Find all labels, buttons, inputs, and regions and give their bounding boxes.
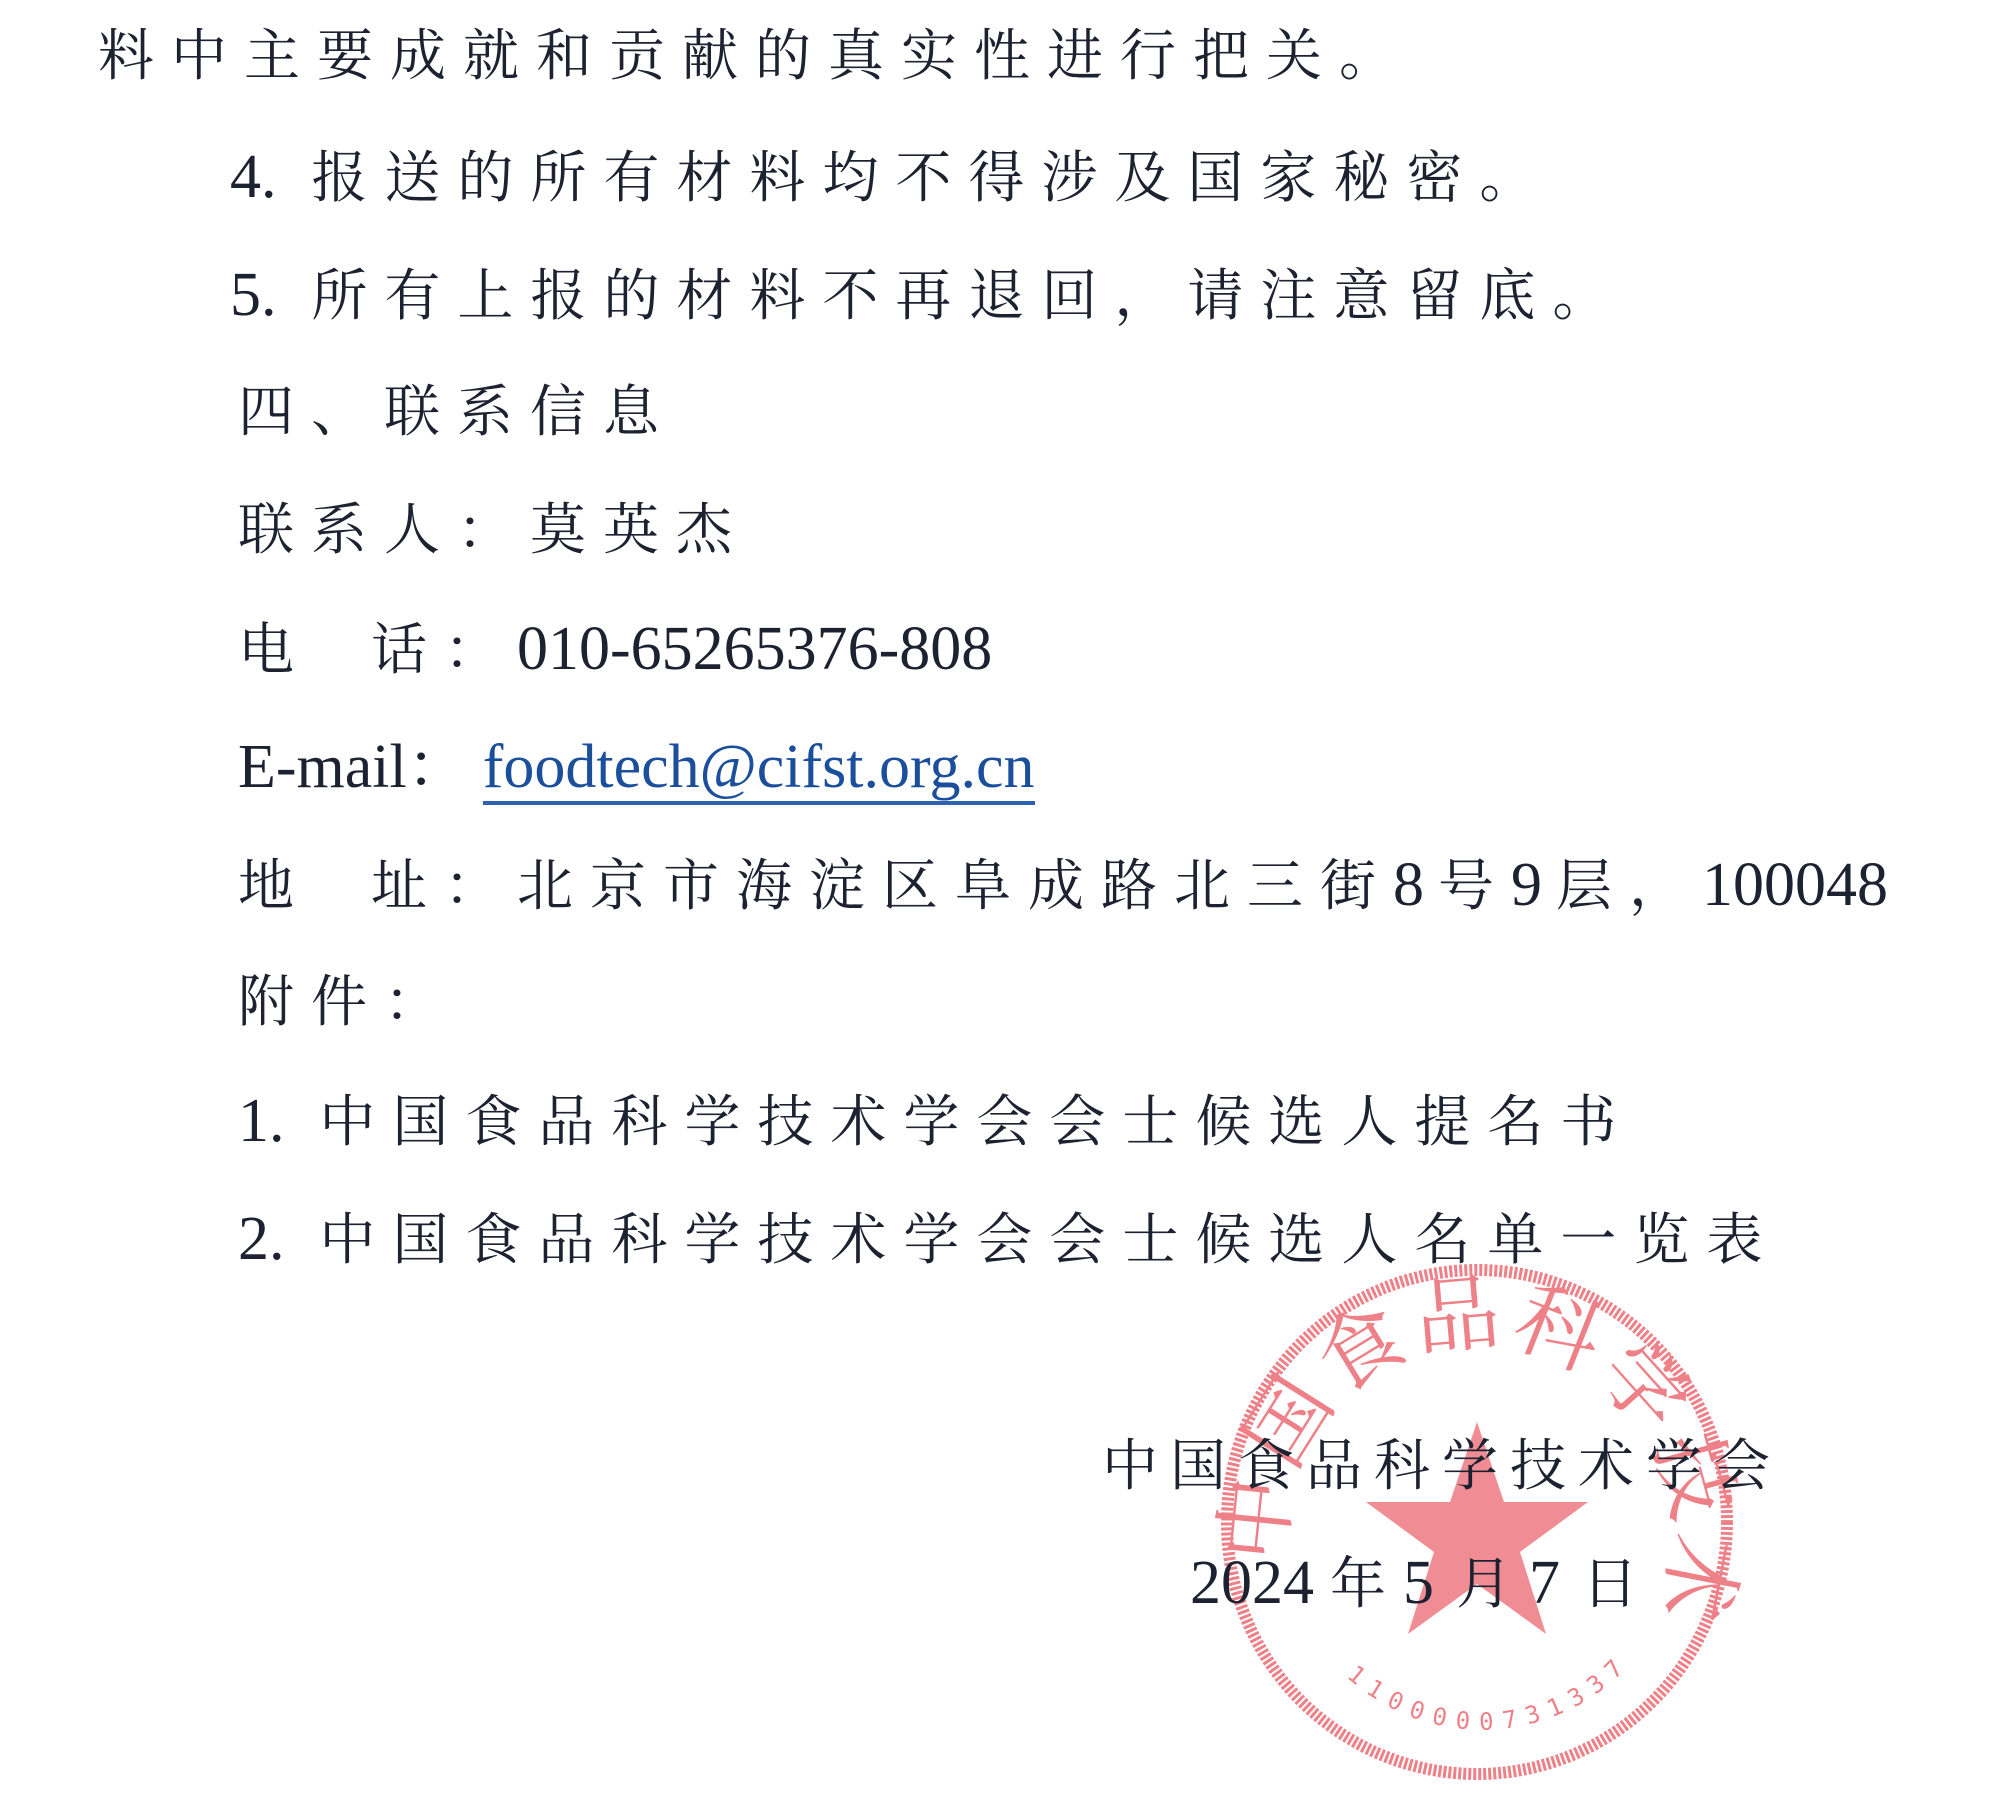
- signature-organization: 中国食品科学技术学会: [1102, 1432, 1782, 1502]
- address-label-char1: 地: [238, 854, 311, 919]
- date-year: 2024: [1190, 1549, 1314, 1617]
- email-link[interactable]: foodtech@cifst.org.cn: [483, 733, 1035, 805]
- date-month: 5: [1403, 1549, 1434, 1617]
- list-item-5: 5. 所有上报的材料不再退回，请注意留底。: [230, 260, 1625, 332]
- continuation-line: 料中主要成就和贡献的真实性进行把关。: [98, 22, 1412, 92]
- stamp-ring: [1227, 1270, 1727, 1774]
- address-mid: 号: [1438, 854, 1511, 919]
- attachment-item-2[interactable]: 2. 中国食品科学技术学会会士候选人名单一览表: [238, 1204, 1779, 1276]
- document-page: 料中主要成就和贡献的真实性进行把关。 4. 报送的所有材料均不得涉及国家秘密。 …: [0, 0, 2013, 1809]
- contact-section-heading: 四、联系信息: [238, 378, 676, 448]
- contact-person-label: 联系人：: [238, 498, 530, 563]
- date-month-char: 月: [1456, 1552, 1529, 1617]
- address-row: 地址：北京市海淀区阜成路北三街8号9层，100048: [238, 850, 1888, 922]
- phone-label-char1: 电: [238, 618, 311, 683]
- date-day: 7: [1529, 1549, 1560, 1617]
- contact-person-value: 莫英杰: [530, 498, 749, 563]
- email-row: E-mail：foodtech@cifst.org.cn: [238, 732, 1035, 804]
- item-number: 5.: [230, 261, 277, 329]
- address-tail: 层，: [1556, 854, 1702, 919]
- attachment-title: 中国食品科学技术学会会士候选人名单一览表: [319, 1208, 1779, 1273]
- signature-date: 2024年5月7日: [1190, 1548, 1655, 1620]
- address-value: 北京市海淀区阜成路北三街: [517, 854, 1393, 919]
- address-number-2: 9: [1511, 851, 1542, 919]
- date-day-char: 日: [1582, 1552, 1655, 1617]
- item-text: 报送的所有材料均不得涉及国家秘密。: [311, 146, 1552, 211]
- contact-person-row: 联系人：莫英杰: [238, 496, 749, 566]
- phone-value: 010-65265376-808: [517, 615, 992, 683]
- address-number-1: 8: [1393, 851, 1424, 919]
- attachment-number: 1.: [238, 1087, 285, 1155]
- date-year-char: 年: [1330, 1552, 1403, 1617]
- item-text: 所有上报的材料不再退回，请注意留底。: [311, 264, 1625, 329]
- phone-label-char2: 话：: [371, 618, 517, 683]
- item-number: 4.: [230, 143, 277, 211]
- email-label: E-mail：: [238, 733, 469, 801]
- address-label-char2: 址：: [371, 854, 517, 919]
- list-item-4: 4. 报送的所有材料均不得涉及国家秘密。: [230, 142, 1552, 214]
- attachment-number: 2.: [238, 1205, 285, 1273]
- stamp-code: 1100000731337: [1342, 1647, 1636, 1736]
- attachment-item-1[interactable]: 1. 中国食品科学技术学会会士候选人提名书: [238, 1086, 1633, 1158]
- address-postcode: 100048: [1702, 851, 1888, 919]
- attachment-title: 中国食品科学技术学会会士候选人提名书: [319, 1090, 1633, 1155]
- official-seal-stamp: 中国食品科学技术学会 1100000731337: [1212, 1262, 1742, 1782]
- attachments-heading: 附件：: [238, 968, 457, 1038]
- phone-row: 电话：010-65265376-808: [238, 614, 992, 686]
